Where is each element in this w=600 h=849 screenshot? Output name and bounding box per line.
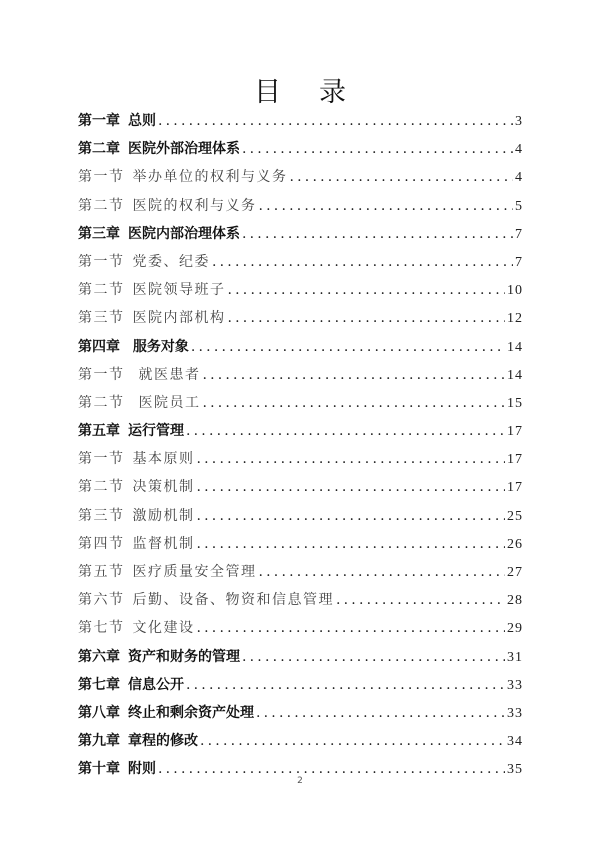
page-number: 2 xyxy=(0,776,600,786)
entry-title: 党委、纪委 xyxy=(133,254,211,270)
dot-leader xyxy=(197,614,506,642)
entry-page: 15 xyxy=(507,390,523,418)
entry-page: 17 xyxy=(507,418,523,446)
entry-page: 10 xyxy=(507,277,523,305)
toc-entry[interactable]: 第四节监督机制26 xyxy=(78,530,523,558)
entry-page: 12 xyxy=(507,305,523,333)
dot-leader xyxy=(186,417,505,445)
entry-page: 33 xyxy=(507,700,523,728)
dot-leader xyxy=(242,643,505,671)
entry-number: 第六章 xyxy=(78,643,120,671)
entry-title: 基本原则 xyxy=(133,451,195,467)
dot-leader xyxy=(202,389,505,417)
entry-page: 31 xyxy=(507,644,523,672)
entry-page: 14 xyxy=(507,362,523,390)
toc-entry[interactable]: 第一节举办单位的权利与义务4 xyxy=(78,163,523,191)
entry-number: 第二节 xyxy=(78,473,125,501)
toc-entry[interactable]: 第一节基本原则17 xyxy=(78,445,523,473)
toc-entry[interactable]: 第二章医院外部治理体系4 xyxy=(78,135,523,163)
entry-title: 监督机制 xyxy=(133,536,195,552)
toc-entry[interactable]: 第六章资产和财务的管理31 xyxy=(78,643,523,671)
entry-title: 医院内部治理体系 xyxy=(128,226,240,242)
entry-page: 17 xyxy=(507,474,523,502)
entry-title: 医疗质量安全管理 xyxy=(133,564,257,580)
dot-leader xyxy=(256,699,505,727)
entry-title: 总则 xyxy=(128,113,156,129)
entry-number: 第五章 xyxy=(78,417,120,445)
dot-leader xyxy=(197,473,506,501)
entry-page: 14 xyxy=(507,334,523,362)
entry-title: 资产和财务的管理 xyxy=(128,649,240,665)
entry-title: 后勤、设备、物资和信息管理 xyxy=(133,592,335,608)
entry-title: 终止和剩余资产处理 xyxy=(128,705,254,721)
entry-page: 33 xyxy=(507,672,523,700)
entry-number: 第五节 xyxy=(78,558,125,586)
entry-page: 4 xyxy=(515,136,523,164)
entry-number: 第七节 xyxy=(78,614,125,642)
entry-number: 第二章 xyxy=(78,135,120,163)
toc-entry[interactable]: 第七节文化建设29 xyxy=(78,614,523,642)
toc-entry[interactable]: 第九章章程的修改34 xyxy=(78,727,523,755)
entry-number: 第一节 xyxy=(78,163,125,191)
entry-page: 17 xyxy=(507,446,523,474)
toc-entry[interactable]: 第二节医院的权利与义务5 xyxy=(78,192,523,220)
toc-entry[interactable]: 第八章终止和剩余资产处理33 xyxy=(78,699,523,727)
dot-leader xyxy=(197,530,506,558)
entry-page: 29 xyxy=(507,615,523,643)
dot-leader xyxy=(259,192,514,220)
entry-title: 文化建设 xyxy=(133,620,195,636)
toc-entry[interactable]: 第六节后勤、设备、物资和信息管理28 xyxy=(78,586,523,614)
entry-page: 34 xyxy=(507,728,523,756)
toc-entry[interactable]: 第二节医院领导班子10 xyxy=(78,276,523,304)
entry-title: 激励机制 xyxy=(133,508,195,524)
entry-number: 第九章 xyxy=(78,727,120,755)
entry-page: 4 xyxy=(515,164,523,192)
entry-page: 7 xyxy=(515,221,523,249)
entry-title: 运行管理 xyxy=(128,423,184,439)
toc-entry[interactable]: 第三章医院内部治理体系7 xyxy=(78,220,523,248)
entry-number: 第六节 xyxy=(78,586,125,614)
toc-entry[interactable]: 第一节 就医患者14 xyxy=(78,361,523,389)
entry-page: 26 xyxy=(507,531,523,559)
toc-entry[interactable]: 第七章信息公开33 xyxy=(78,671,523,699)
dot-leader xyxy=(228,304,506,332)
entry-title: 医院领导班子 xyxy=(133,282,226,298)
entry-title: 举办单位的权利与义务 xyxy=(133,169,288,185)
entry-page: 5 xyxy=(515,193,523,221)
dot-leader xyxy=(242,135,513,163)
toc-entry[interactable]: 第一节党委、纪委7 xyxy=(78,248,523,276)
entry-number: 第七章 xyxy=(78,671,120,699)
entry-title: 章程的修改 xyxy=(128,733,198,749)
entry-title: 医院的权利与义务 xyxy=(133,198,257,214)
table-of-contents: 第一章总则3 第二章医院外部治理体系4 第一节举办单位的权利与义务4 第二节医院… xyxy=(78,107,523,784)
entry-number: 第一章 xyxy=(78,107,120,135)
entry-title: 附则 xyxy=(128,761,156,777)
entry-title: 决策机制 xyxy=(133,479,195,495)
dot-leader xyxy=(158,107,513,135)
entry-page: 25 xyxy=(507,503,523,531)
entry-page: 28 xyxy=(507,587,523,615)
entry-number: 第一节 xyxy=(78,361,125,389)
dot-leader xyxy=(197,445,506,473)
dot-leader xyxy=(202,361,505,389)
toc-entry[interactable]: 第一章总则3 xyxy=(78,107,523,135)
toc-entry[interactable]: 第五节医疗质量安全管理27 xyxy=(78,558,523,586)
dot-leader xyxy=(290,163,514,191)
entry-number: 第三章 xyxy=(78,220,120,248)
toc-entry[interactable]: 第四章 服务对象14 xyxy=(78,333,523,361)
entry-number: 第一节 xyxy=(78,445,125,473)
entry-number: 第八章 xyxy=(78,699,120,727)
entry-title: 就医患者 xyxy=(133,367,201,383)
entry-page: 27 xyxy=(507,559,523,587)
entry-page: 3 xyxy=(515,108,523,136)
dot-leader xyxy=(228,276,506,304)
entry-number: 第二节 xyxy=(78,389,125,417)
entry-number: 第四节 xyxy=(78,530,125,558)
dot-leader xyxy=(200,727,505,755)
entry-title: 医院外部治理体系 xyxy=(128,141,240,157)
entry-page: 7 xyxy=(515,249,523,277)
entry-title: 医院员工 xyxy=(133,395,201,411)
toc-entry[interactable]: 第三节医院内部机构12 xyxy=(78,304,523,332)
toc-entry[interactable]: 第五章运行管理17 xyxy=(78,417,523,445)
dot-leader xyxy=(242,220,513,248)
dot-leader xyxy=(197,502,506,530)
entry-number: 第二节 xyxy=(78,276,125,304)
toc-title: 目录 xyxy=(0,70,600,109)
toc-entry[interactable]: 第二节决策机制17 xyxy=(78,473,523,501)
dot-leader xyxy=(191,333,505,361)
dot-leader xyxy=(336,586,505,614)
toc-entry[interactable]: 第三节激励机制25 xyxy=(78,502,523,530)
entry-title: 医院内部机构 xyxy=(133,310,226,326)
entry-number: 第二节 xyxy=(78,192,125,220)
entry-title: 服务对象 xyxy=(128,339,189,355)
toc-entry[interactable]: 第二节 医院员工15 xyxy=(78,389,523,417)
entry-number: 第一节 xyxy=(78,248,125,276)
entry-title: 信息公开 xyxy=(128,677,184,693)
dot-leader xyxy=(186,671,505,699)
entry-number: 第三节 xyxy=(78,502,125,530)
dot-leader xyxy=(212,248,513,276)
entry-number: 第三节 xyxy=(78,304,125,332)
dot-leader xyxy=(259,558,506,586)
entry-number: 第四章 xyxy=(78,333,120,361)
